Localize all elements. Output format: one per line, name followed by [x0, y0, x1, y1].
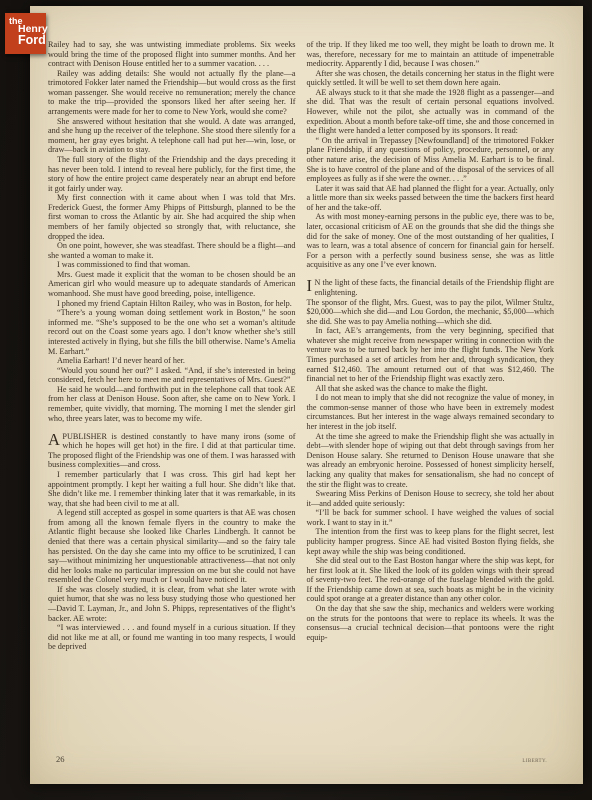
paragraph: The sponsor of the flight, Mrs. Guest, w… [307, 298, 555, 327]
paragraph: In fact, AE’s arrangements, from the ver… [307, 326, 555, 383]
magazine-name: LIBERTY. [522, 759, 547, 764]
screenshot-root: { "colors":{"background":"#1c1916","pape… [0, 0, 592, 800]
paragraph: Amelia Earhart! I’d never heard of her. [48, 356, 296, 366]
paragraph: She answered without hesitation that she… [48, 117, 296, 155]
logo-line-ford: Ford [18, 35, 46, 47]
paragraph: Railey had to say, she was untwisting im… [48, 40, 296, 69]
page-footer: 26 LIBERTY. [56, 754, 547, 766]
paragraph: The intention from the first was to keep… [307, 527, 555, 556]
paragraph: If she was closely studied, it is clear,… [48, 585, 296, 623]
paragraph: She did steal out to the East Boston han… [307, 556, 555, 604]
paragraph: “Would you sound her out?” I asked. “And… [48, 366, 296, 385]
paragraph: After she was chosen, the details concer… [307, 69, 555, 88]
paragraph: Swearing Miss Perkins of Denison House t… [307, 489, 555, 508]
paragraph: APUBLISHER is destined constantly to hav… [48, 432, 296, 470]
drop-cap: A [48, 432, 62, 448]
page-number: 26 [56, 754, 65, 764]
paragraph: A legend still accepted as gospel in som… [48, 508, 296, 585]
paragraph: “ On the arrival in Trepassey [Newfoundl… [307, 136, 555, 184]
paragraph: He said he would—and forthwith put in th… [48, 385, 296, 423]
henry-ford-logo: the Henry Ford [5, 13, 46, 54]
paragraph: At the time she agreed to make the Frien… [307, 432, 555, 489]
paragraph: IN the light of these facts, the financi… [307, 278, 555, 297]
paragraph: of the trip. If they liked me too well, … [307, 40, 555, 69]
magazine-page-scan: Railey had to say, she was untwisting im… [30, 6, 583, 784]
paragraph: All that she asked was the chance to mak… [307, 384, 555, 394]
paragraph: I remember particularly that I was cross… [48, 470, 296, 508]
paragraph: On one point, however, she was steadfast… [48, 241, 296, 260]
paragraph: Railey was adding details: She would not… [48, 69, 296, 117]
paragraph: AE always stuck to it that she made the … [307, 88, 555, 136]
paragraph: I phoned my friend Captain Hilton Railey… [48, 299, 296, 309]
paragraph: The full story of the flight of the Frie… [48, 155, 296, 193]
paragraph: As with most money-earning persons in th… [307, 212, 555, 269]
paragraph: Mrs. Guest made it explicit that the wom… [48, 270, 296, 299]
paragraph: “There’s a young woman doing settlement … [48, 308, 296, 356]
paragraph: Later it was said that AE had planned th… [307, 184, 555, 213]
paragraph: I do not mean to imply that she did not … [307, 393, 555, 431]
paragraph: My first connection with it came about w… [48, 193, 296, 241]
article-body: Railey had to say, she was untwisting im… [48, 40, 554, 740]
paragraph: “I was interviewed . . . and found mysel… [48, 623, 296, 652]
paragraph: I was commissioned to find that woman. [48, 260, 296, 270]
drop-cap: I [307, 278, 315, 294]
text-column-right: of the trip. If they liked me too well, … [307, 40, 555, 740]
paragraph: “I’ll be back for summer school. I have … [307, 508, 555, 527]
text-column-left: Railey had to say, she was untwisting im… [48, 40, 296, 740]
paragraph: On the day that she saw the ship, mechan… [307, 604, 555, 642]
